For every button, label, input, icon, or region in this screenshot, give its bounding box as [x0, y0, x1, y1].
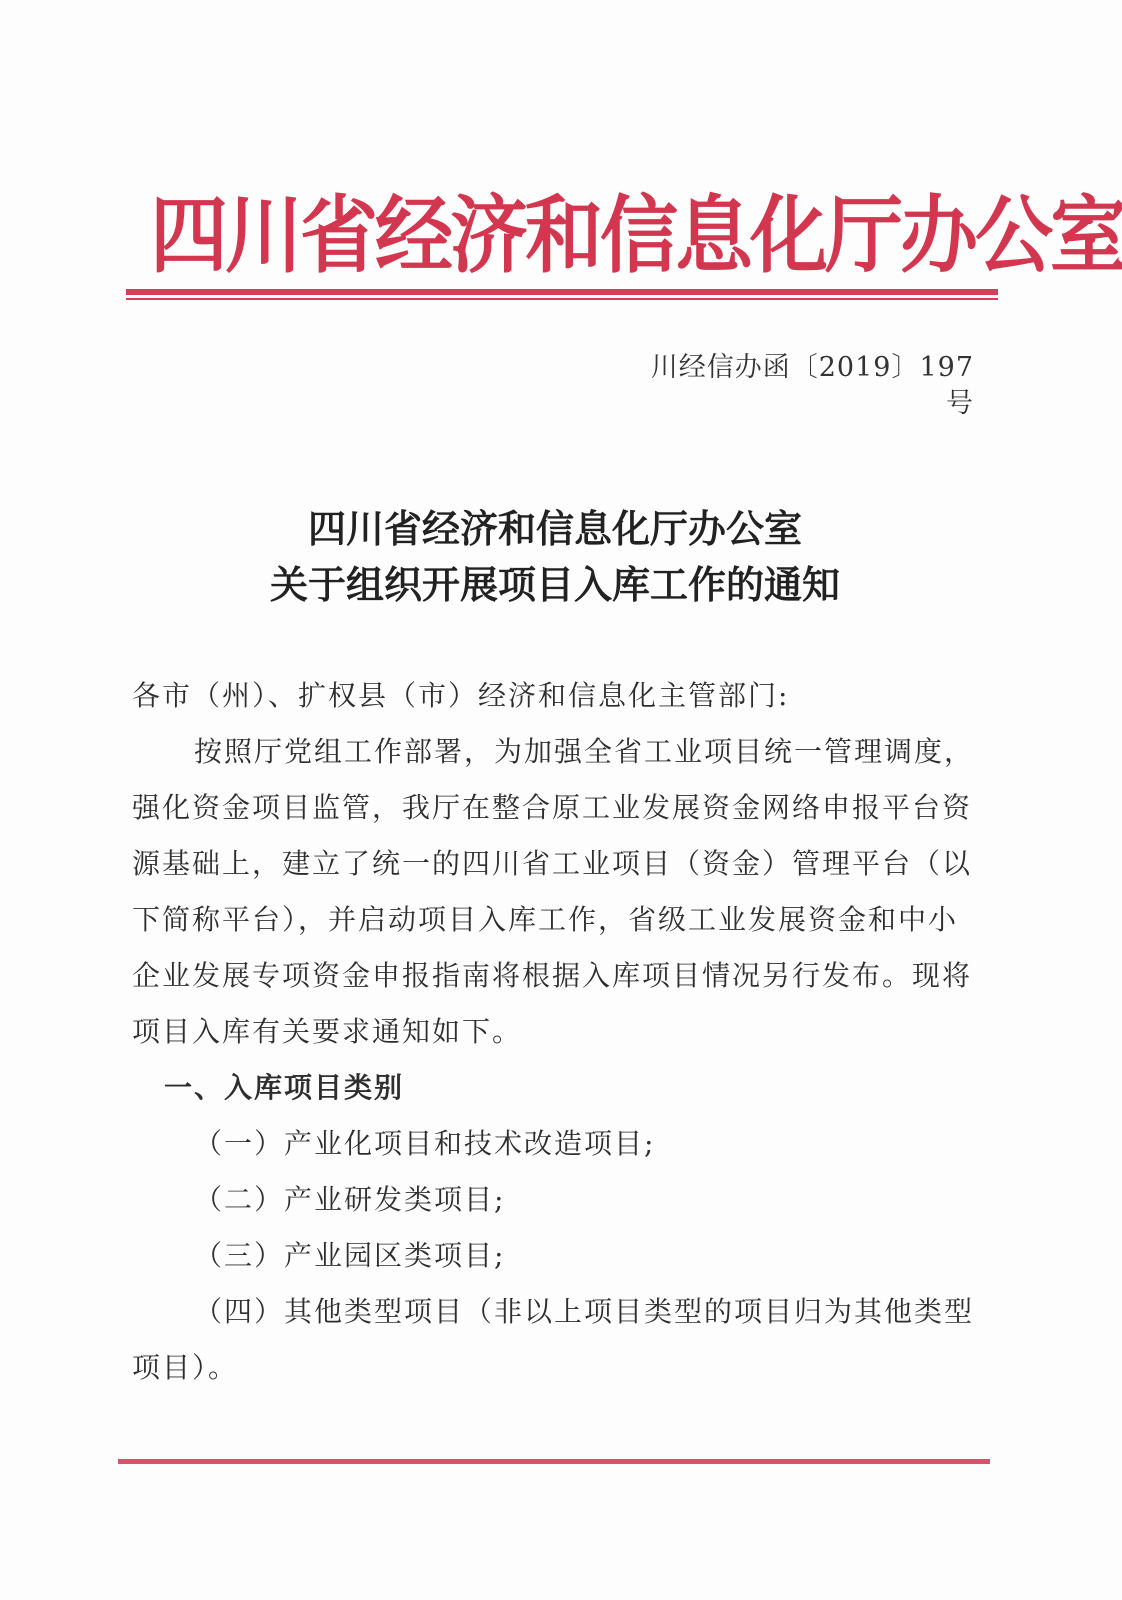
list-item: （三）产业园区类项目;	[194, 1228, 505, 1284]
paragraph-line: 企业发展专项资金申报指南将根据入库项目情况另行发布。现将	[132, 948, 972, 1004]
salutation: 各市（州）、扩权县（市）经济和信息化主管部门:	[132, 668, 789, 724]
paragraph-line: 源基础上，建立了统一的四川省工业项目（资金）管理平台（以	[132, 836, 972, 892]
list-item: （一）产业化项目和技术改造项目;	[194, 1116, 655, 1172]
document-title-line2: 关于组织开展项目入库工作的通知	[0, 562, 1116, 608]
document-title-line1: 四川省经济和信息化厅办公室	[0, 506, 1116, 552]
list-item: （四）其他类型项目（非以上项目类型的项目归为其他类型	[194, 1284, 974, 1340]
paragraph-line: 下简称平台），并启动项目入库工作，省级工业发展资金和中小	[132, 892, 958, 948]
paragraph-line: 强化资金项目监管，我厅在整合原工业发展资金网络申报平台资	[132, 780, 972, 836]
letterhead-red-rule-thin	[126, 298, 998, 300]
letterhead-org-name: 四川省经济和信息化厅办公室	[150, 188, 980, 285]
paragraph-line: 项目入库有关要求通知如下。	[132, 1004, 522, 1060]
paragraph-line: 按照厅党组工作部署，为加强全省工业项目统一管理调度，	[194, 724, 974, 780]
section-heading: 一、入库项目类别	[164, 1060, 404, 1116]
letterhead-red-rule-thick	[126, 289, 998, 295]
document-page: 四川省经济和信息化厅办公室 川经信办函〔2019〕197 号 四川省经济和信息化…	[0, 0, 1122, 1600]
list-item: （二）产业研发类项目;	[194, 1172, 505, 1228]
list-item-continuation: 项目）。	[132, 1340, 238, 1396]
document-number: 川经信办函〔2019〕197 号	[614, 350, 974, 422]
footer-red-rule	[118, 1459, 990, 1464]
